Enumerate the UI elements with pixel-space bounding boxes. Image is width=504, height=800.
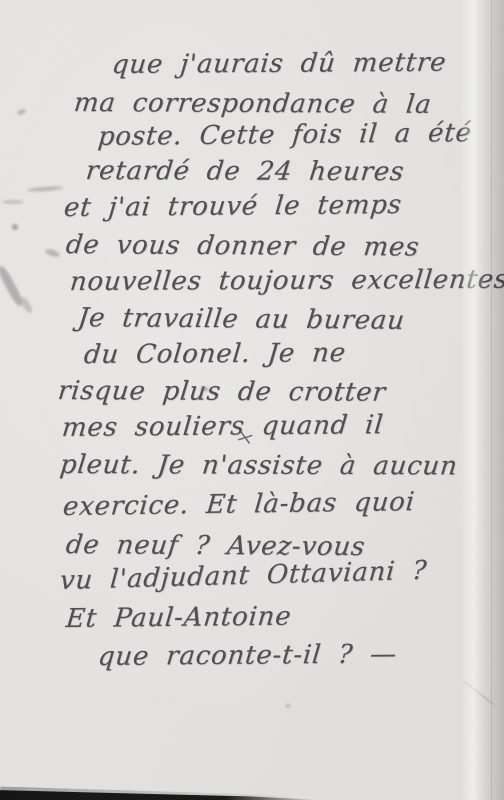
handwriting-line: de vous donner de mes	[64, 230, 421, 262]
handwriting-line: Je travaille au bureau	[76, 303, 406, 336]
handwriting-line: poste. Cette fois il a été	[97, 118, 474, 152]
graphite-smudge	[27, 186, 63, 193]
handwriting-line: de neuf ? Avez-vous	[64, 530, 367, 562]
handwriting-line: et j'ai trouvé le temps	[63, 190, 404, 223]
graphite-smudge	[17, 109, 27, 116]
handwriting-line: risque plus de crotter	[56, 376, 387, 408]
graphite-smudge	[12, 224, 18, 230]
graphite-smudge	[286, 704, 290, 708]
handwriting-line: pleut. Je n'assiste à aucun	[58, 450, 459, 481]
handwriting-line: Et Paul-Antoine	[65, 602, 293, 634]
handwriting-line: vu l'adjudant Ottaviani ?	[59, 556, 428, 596]
handwriting-line: retardé de 24 heures	[84, 156, 405, 187]
graphite-smudge	[44, 248, 60, 258]
page-corner-curl-line	[462, 679, 496, 706]
handwriting-line: que j'aurais dû mettre	[111, 48, 448, 80]
handwriting-line: que raconte-t-il ? —	[97, 639, 399, 672]
handwriting-line: mes souliers quand il	[61, 410, 385, 443]
handwriting-line: nouvelles toujours excellentes.	[69, 265, 504, 297]
handwriting-line: du Colonel. Je ne	[83, 338, 348, 370]
graphite-smudge	[200, 387, 209, 391]
handwriting-line: exercice. Et là-bas quoi	[62, 487, 417, 522]
handwriting-line: ma correspondance à la	[72, 88, 433, 120]
page-fold-line	[491, 0, 492, 800]
letter-page: que j'aurais dû mettrema correspondance …	[0, 0, 504, 800]
graphite-smudge	[2, 200, 24, 204]
